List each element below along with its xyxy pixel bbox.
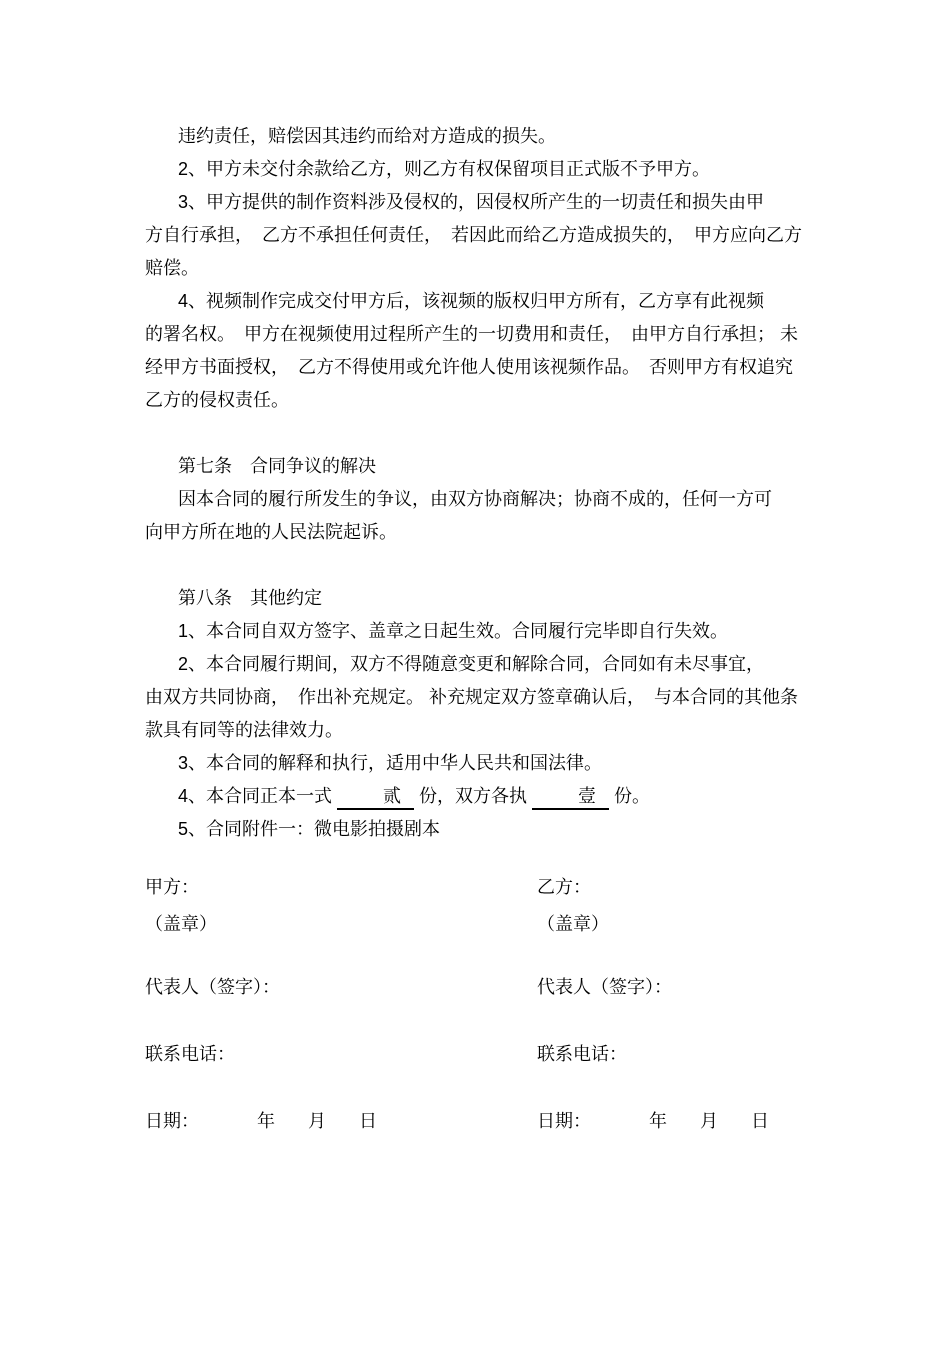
text-line: 由双方共同协商， 作出补充规定。 补充规定双方签章确认后， 与本合同的其他条 [145,681,820,714]
document-lines: 违约责任，赔偿因其违约而给对方造成的损失。2、甲方未交付余款给乙方，则乙方有权保… [145,120,820,846]
blank-line [145,549,820,582]
party-a-phone-label: 联系电话： [145,1038,537,1071]
text-line: 5、合同附件一：微电影拍摄剧本 [145,813,820,846]
text-line: 4、本合同正本一式 贰 份，双方各执 壹 份。 [145,780,820,813]
party-a-representative-label: 代表人（签字）： [145,971,537,1004]
text-line: 第七条 合同争议的解决 [145,450,820,483]
blank-line [145,417,820,450]
text-line: 赔偿。 [145,252,820,285]
text-line: 3、甲方提供的制作资料涉及侵权的，因侵权所产生的一切责任和损失由甲 [145,186,820,219]
text-line: 1、本合同自双方签字、盖章之日起生效。合同履行完毕即自行失效。 [145,615,820,648]
text-line: 因本合同的履行所发生的争议，由双方协商解决；协商不成的，任何一方可 [145,483,820,516]
text-line: 2、本合同履行期间，双方不得随意变更和解除合同，合同如有未尽事宜， [145,648,820,681]
text-line: 的署名权。 甲方在视频使用过程所产生的一切费用和责任， 由甲方自行承担； 未 [145,318,820,351]
text-segment: 份，双方各执 [414,786,532,806]
party-b-phone-label: 联系电话： [537,1038,627,1071]
signature-row-party: 甲方： 乙方： [145,871,820,904]
contract-body: 违约责任，赔偿因其违约而给对方造成的损失。2、甲方未交付余款给乙方，则乙方有权保… [0,0,950,1138]
signature-row-representative: 代表人（签字）： 代表人（签字）： [145,971,820,1004]
party-b-date-label: 日期： [537,1111,591,1131]
text-line: 乙方的侵权责任。 [145,384,820,417]
text-line: 4、视频制作完成交付甲方后，该视频的版权归甲方所有，乙方享有此视频 [145,285,820,318]
contract-page: 违约责任，赔偿因其违约而给对方造成的损失。2、甲方未交付余款给乙方，则乙方有权保… [0,0,950,1345]
signature-block: 甲方： 乙方： （盖章） （盖章） 代表人（签字）： 代表人（签字）： 联系电话… [145,871,820,1138]
party-a-year-label: 年 [257,1111,275,1131]
text-line: 款具有同等的法律效力。 [145,714,820,747]
party-a-day-label: 日 [359,1111,377,1131]
text-line: 2、甲方未交付余款给乙方，则乙方有权保留项目正式版不予甲方。 [145,153,820,186]
signature-row-date: 日期：年月日 日期：年月日 [145,1105,820,1138]
party-a-month-label: 月 [308,1111,326,1131]
signature-row-seal: （盖章） （盖章） [145,908,820,941]
party-a-label: 甲方： [145,871,537,904]
text-line: 第八条 其他约定 [145,582,820,615]
text-segment: 4、本合同正本一式 [178,786,337,806]
signature-row-phone: 联系电话： 联系电话： [145,1038,820,1071]
text-line: 方自行承担， 乙方不承担任何责任， 若因此而给乙方造成损失的， 甲方应向乙方 [145,219,820,252]
text-line: 向甲方所在地的人民法院起诉。 [145,516,820,549]
party-b-month-label: 月 [700,1111,718,1131]
party-b-year-label: 年 [649,1111,667,1131]
underlined-blank-value: 壹 [532,784,609,810]
party-b-date-line: 日期：年月日 [537,1105,769,1138]
party-b-representative-label: 代表人（签字）： [537,971,672,1004]
underlined-blank-value: 贰 [337,784,414,810]
party-b-day-label: 日 [751,1111,769,1131]
text-line: 经甲方书面授权， 乙方不得使用或允许他人使用该视频作品。 否则甲方有权追究 [145,351,820,384]
text-line: 违约责任，赔偿因其违约而给对方造成的损失。 [145,120,820,153]
party-a-date-line: 日期：年月日 [145,1105,537,1138]
party-a-seal-label: （盖章） [145,908,537,941]
text-line: 3、本合同的解释和执行，适用中华人民共和国法律。 [145,747,820,780]
party-b-label: 乙方： [537,871,591,904]
party-b-seal-label: （盖章） [537,908,609,941]
party-a-date-label: 日期： [145,1111,199,1131]
text-segment: 份。 [609,786,650,806]
